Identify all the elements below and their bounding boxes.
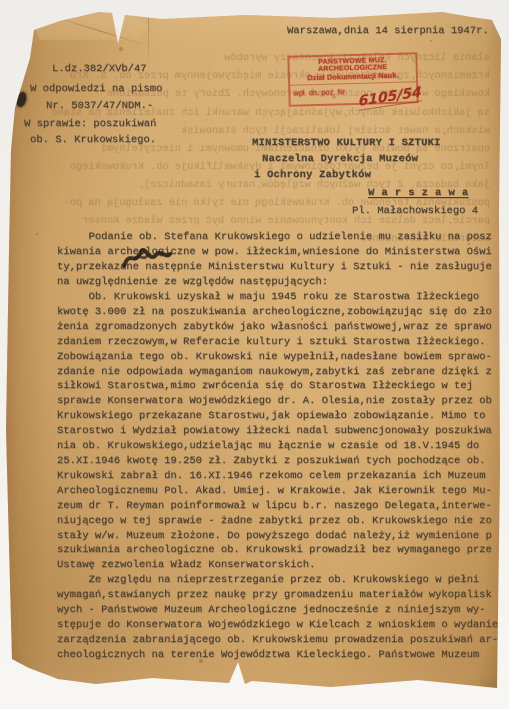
receipt-stamp: PAŃSTWOWE MUZ. ARCHEOLOGICZNE Dział Doku… (287, 52, 418, 107)
body-paragraph-1: Podanie ob. Stefana Krukowskiego o udzie… (57, 230, 499, 290)
reply-line-1: W odpowiedzi na pismo (30, 82, 162, 97)
paper-specks (0, 0, 2, 2)
addressee-ministry: MINISTERSTWO KULTURY I SZTUKI (252, 136, 441, 151)
reference-number: L.dz.382/XVb/47 (52, 62, 147, 77)
body-paragraph-2: Ob. Krukowski uzyskał w maju 1945 roku z… (57, 290, 499, 573)
addressee-street: Pl. Małachowskiego 4 (352, 204, 478, 219)
subject-line-1: W sprawie: poszukiwań (24, 117, 156, 132)
date-line: Warszawa,dnia 14 sierpnia 1947r. (287, 24, 489, 39)
body-paragraph-3: Ze względu na nieprzestrzeganie przez ob… (57, 573, 499, 662)
subject-line-2: ob. S. Krukowskiego. (30, 133, 156, 148)
paper-sheet: słania licznych kolekcji inwentarzy wyro… (0, 0, 509, 709)
torn-bottom-edge (20, 669, 480, 695)
addressee-department: i Ochrony Zabytków (254, 168, 371, 183)
scanned-document: słania licznych kolekcji inwentarzy wyro… (0, 0, 509, 709)
reply-line-2: Nr. 5037/47/NDM.- (46, 99, 153, 114)
paper-crease (148, 14, 149, 76)
addressee-city: W a r s z a w a (368, 186, 469, 201)
paper-hole (15, 91, 27, 108)
addressee-directorate: Naczelna Dyrekcja Muzeów (262, 152, 418, 167)
torn-paper-flap (26, 6, 149, 44)
